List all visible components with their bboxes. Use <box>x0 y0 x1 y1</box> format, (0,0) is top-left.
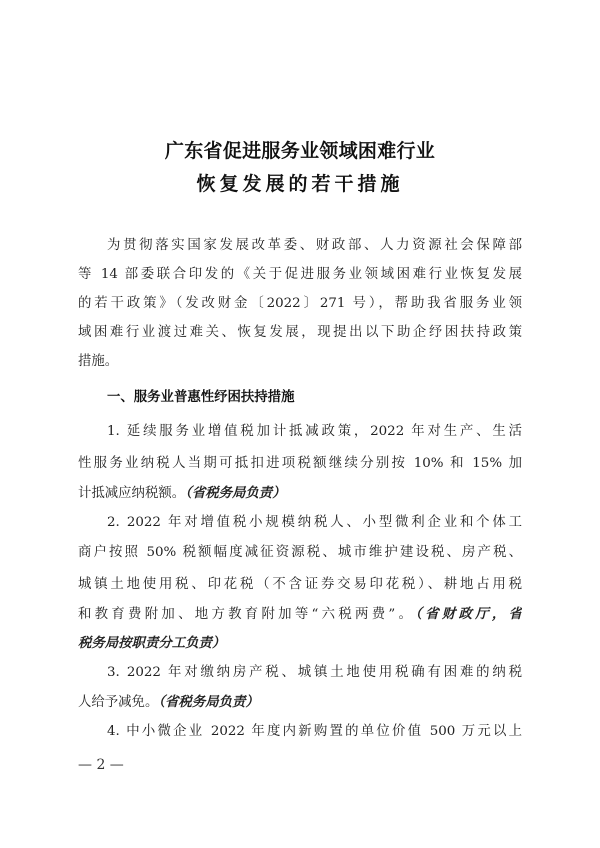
paragraph-line: 为贯彻落实国家发展改革委、财政部、人力资源社会保障部 <box>107 235 522 257</box>
paragraph-line: 4. 中小微企业 2022 年度内新购置的单位价值 500 万元以上 <box>107 721 522 743</box>
paragraph-line: 和教育费附加、地方教育附加等“六税两费”。（省财政厅，省 <box>78 603 522 625</box>
responsible-department: （省财政厅，省 <box>415 606 522 622</box>
paragraph-line: 城镇土地使用税、印花税（不含证券交易印花税）、耕地占用税 <box>78 574 522 596</box>
paragraph-line: 等 14 部委联合印发的《关于促进服务业领域困难行业恢复发展 <box>78 264 522 286</box>
responsible-department: （省税务局负责） <box>185 485 285 501</box>
paragraph-line: 域困难行业渡过难关、恢复发展，现提出以下助企纾困扶持政策 <box>78 322 522 344</box>
document-page: 广东省促进服务业领域困难行业 恢复发展的若干措施 为贯彻落实国家发展改革委、财政… <box>0 0 600 848</box>
paragraph-line: 人给予减免。（省税务局负责） <box>78 691 522 713</box>
document-title-line-2: 恢复发展的若干措施 <box>0 172 600 196</box>
paragraph-line: 1. 延续服务业增值税加计抵减政策，2022 年对生产、生活 <box>107 421 522 443</box>
paragraph-line: 措施。 <box>78 351 522 373</box>
line-text: 计抵减应纳税额。 <box>78 486 185 501</box>
paragraph-line: 2. 2022 年对增值税小规模纳税人、小型微利企业和个体工 <box>107 512 522 534</box>
paragraph-line: 商户按照 50% 税额幅度减征资源税、城市维护建设税、房产税、 <box>78 542 522 564</box>
responsible-department: （省税务局负责） <box>158 694 258 710</box>
document-title-line-1: 广东省促进服务业领域困难行业 <box>0 139 600 163</box>
line-text: 人给予减免。 <box>78 695 158 710</box>
paragraph-line: 3. 2022 年对缴纳房产税、城镇土地使用税确有困难的纳税 <box>107 662 522 684</box>
section-heading: 一、服务业普惠性纾困扶持措施 <box>107 387 522 409</box>
line-text: 和教育费附加、地方教育附加等“六税两费”。 <box>78 607 415 622</box>
paragraph-line: 税务局按职责分工负责） <box>78 632 522 654</box>
page-number: — 2 — <box>78 754 124 776</box>
paragraph-line: 性服务业纳税人当期可抵扣进项税额继续分别按 10% 和 15% 加 <box>78 453 522 475</box>
responsible-department: 税务局按职责分工负责） <box>78 635 225 651</box>
paragraph-line: 的若干政策》（发改财金〔2022〕271 号），帮助我省服务业领 <box>78 293 522 315</box>
paragraph-line: 计抵减应纳税额。（省税务局负责） <box>78 482 522 504</box>
